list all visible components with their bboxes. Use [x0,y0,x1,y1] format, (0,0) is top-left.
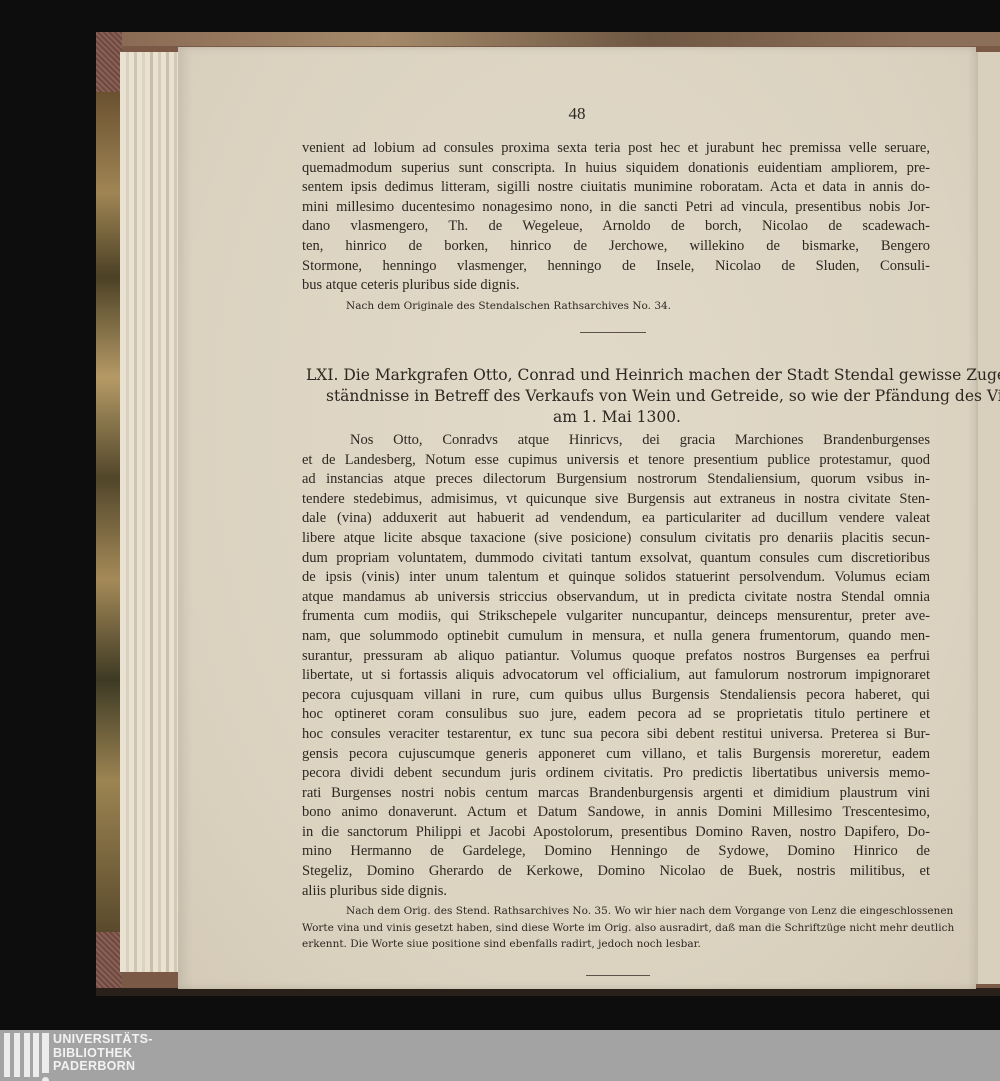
book-page: 48 venient ad lobium ad consules proxima… [178,47,976,989]
text-line: de ipsis (vinis) inter unum talentum et … [302,568,930,588]
text-line: tendere stedebimus, admisimus, vt quicun… [302,490,930,510]
text-line: sentem ipsis dedimus litteram, sigilli n… [302,178,930,198]
cover-top-edge [122,32,1000,46]
text-line: rati Burgenses nostri nobis centum marca… [302,784,930,804]
section-number: LXI. [306,366,338,384]
text-line: frumenta cum modiis, qui Strikschepele v… [302,607,930,627]
text-line: et de Landesberg, Notum esse cupimus uni… [302,451,930,471]
text-line: bono animo donaverunt. Actum et Datum Sa… [302,803,930,823]
text-line: aliis pluribus side dignis. [302,882,930,902]
marbled-board [96,92,122,932]
text-line: dum propriam voluntatem, dummodo civitat… [302,549,930,569]
text-line: libertate, ut si fortassis aliquis advoc… [302,666,930,686]
text-line: hoc optineret coram consulibus suo jure,… [302,705,930,725]
text-line: pecora cujusquam villani in rure, cum qu… [302,686,930,706]
page-number: 48 [178,104,976,124]
text-line: pecora dividi debent secundum juris ordi… [302,764,930,784]
library-logo-text: UNIVERSITÄTS- BIBLIOTHEK PADERBORN [53,1033,153,1074]
text-line: surantur, pressuram ab aliquo patiantur.… [302,647,930,667]
text-line: Stegeliz, Domino Gherardo de Kerkowe, Do… [302,862,930,882]
page-edges [120,52,182,972]
text-line: quemadmodum superius sunt conscripta. In… [302,159,930,179]
text-line: atque mandamus ab universis striccius ob… [302,588,930,608]
text-line: venient ad lobium ad consules proxima se… [302,139,930,159]
heading-line: ständnisse in Betreff des Verkaufs von W… [306,386,928,407]
text-line: hoc consules veraciter testarentur, ex t… [302,725,930,745]
heading-date: am 1. Mai 1300. [306,407,928,428]
library-logo-icon [4,1033,48,1081]
text-line: Stormone, henningo vlasmenger, henningo … [302,257,930,277]
source-note-block: Nach dem Orig. des Stend. Rathsarchives … [302,903,930,953]
source-note-line: erkennt. Die Worte siue positione sind e… [302,936,930,953]
text-line: nam, que solummodo optinebit cumulum in … [302,627,930,647]
heading-line: LXI. Die Markgrafen Otto, Conrad und Hei… [306,365,928,386]
end-divider [586,975,650,976]
adjacent-page-edge [976,52,1000,984]
text-line: Nos Otto, Conradvs atque Hinricvs, dei g… [302,431,930,451]
text-line: in die sanctorum Philippi et Jacobi Apos… [302,823,930,843]
section-heading: LXI. Die Markgrafen Otto, Conrad und Hei… [306,365,928,428]
text-line: mino Hermanno de Gardelege, Domino Henni… [302,842,930,862]
text-line: ad instancias atque preces dilectorum Bu… [302,470,930,490]
continuation-text: venient ad lobium ad consules proxima se… [302,139,930,314]
source-note-line: Worte vina und vinis gesetzt haben, sind… [302,920,930,937]
text-line: dano vlasmengero, Th. de Wegeleue, Arnol… [302,217,930,237]
footer-bar: UNIVERSITÄTS- BIBLIOTHEK PADERBORN [0,1030,1000,1081]
text-line: libere atque licite absque taxacione (si… [302,529,930,549]
section-divider [580,332,646,333]
cover-bottom-edge [96,988,1000,996]
text-line: bus atque ceteris pluribus side dignis. [302,276,930,296]
source-note: Nach dem Originale des Stendalschen Rath… [302,298,930,315]
source-note-line: Nach dem Orig. des Stend. Rathsarchives … [302,903,930,920]
charter-body: Nos Otto, Conradvs atque Hinricvs, dei g… [302,431,930,901]
text-line: ten, hinrico de borken, hinrico de Jerch… [302,237,930,257]
text-line: gensis pecora cujuscumque generis appone… [302,745,930,765]
text-line: dale (vina) adduxerit aut habuerit ad ve… [302,509,930,529]
text-line: mini millesimo ducentesimo nonagesimo no… [302,198,930,218]
